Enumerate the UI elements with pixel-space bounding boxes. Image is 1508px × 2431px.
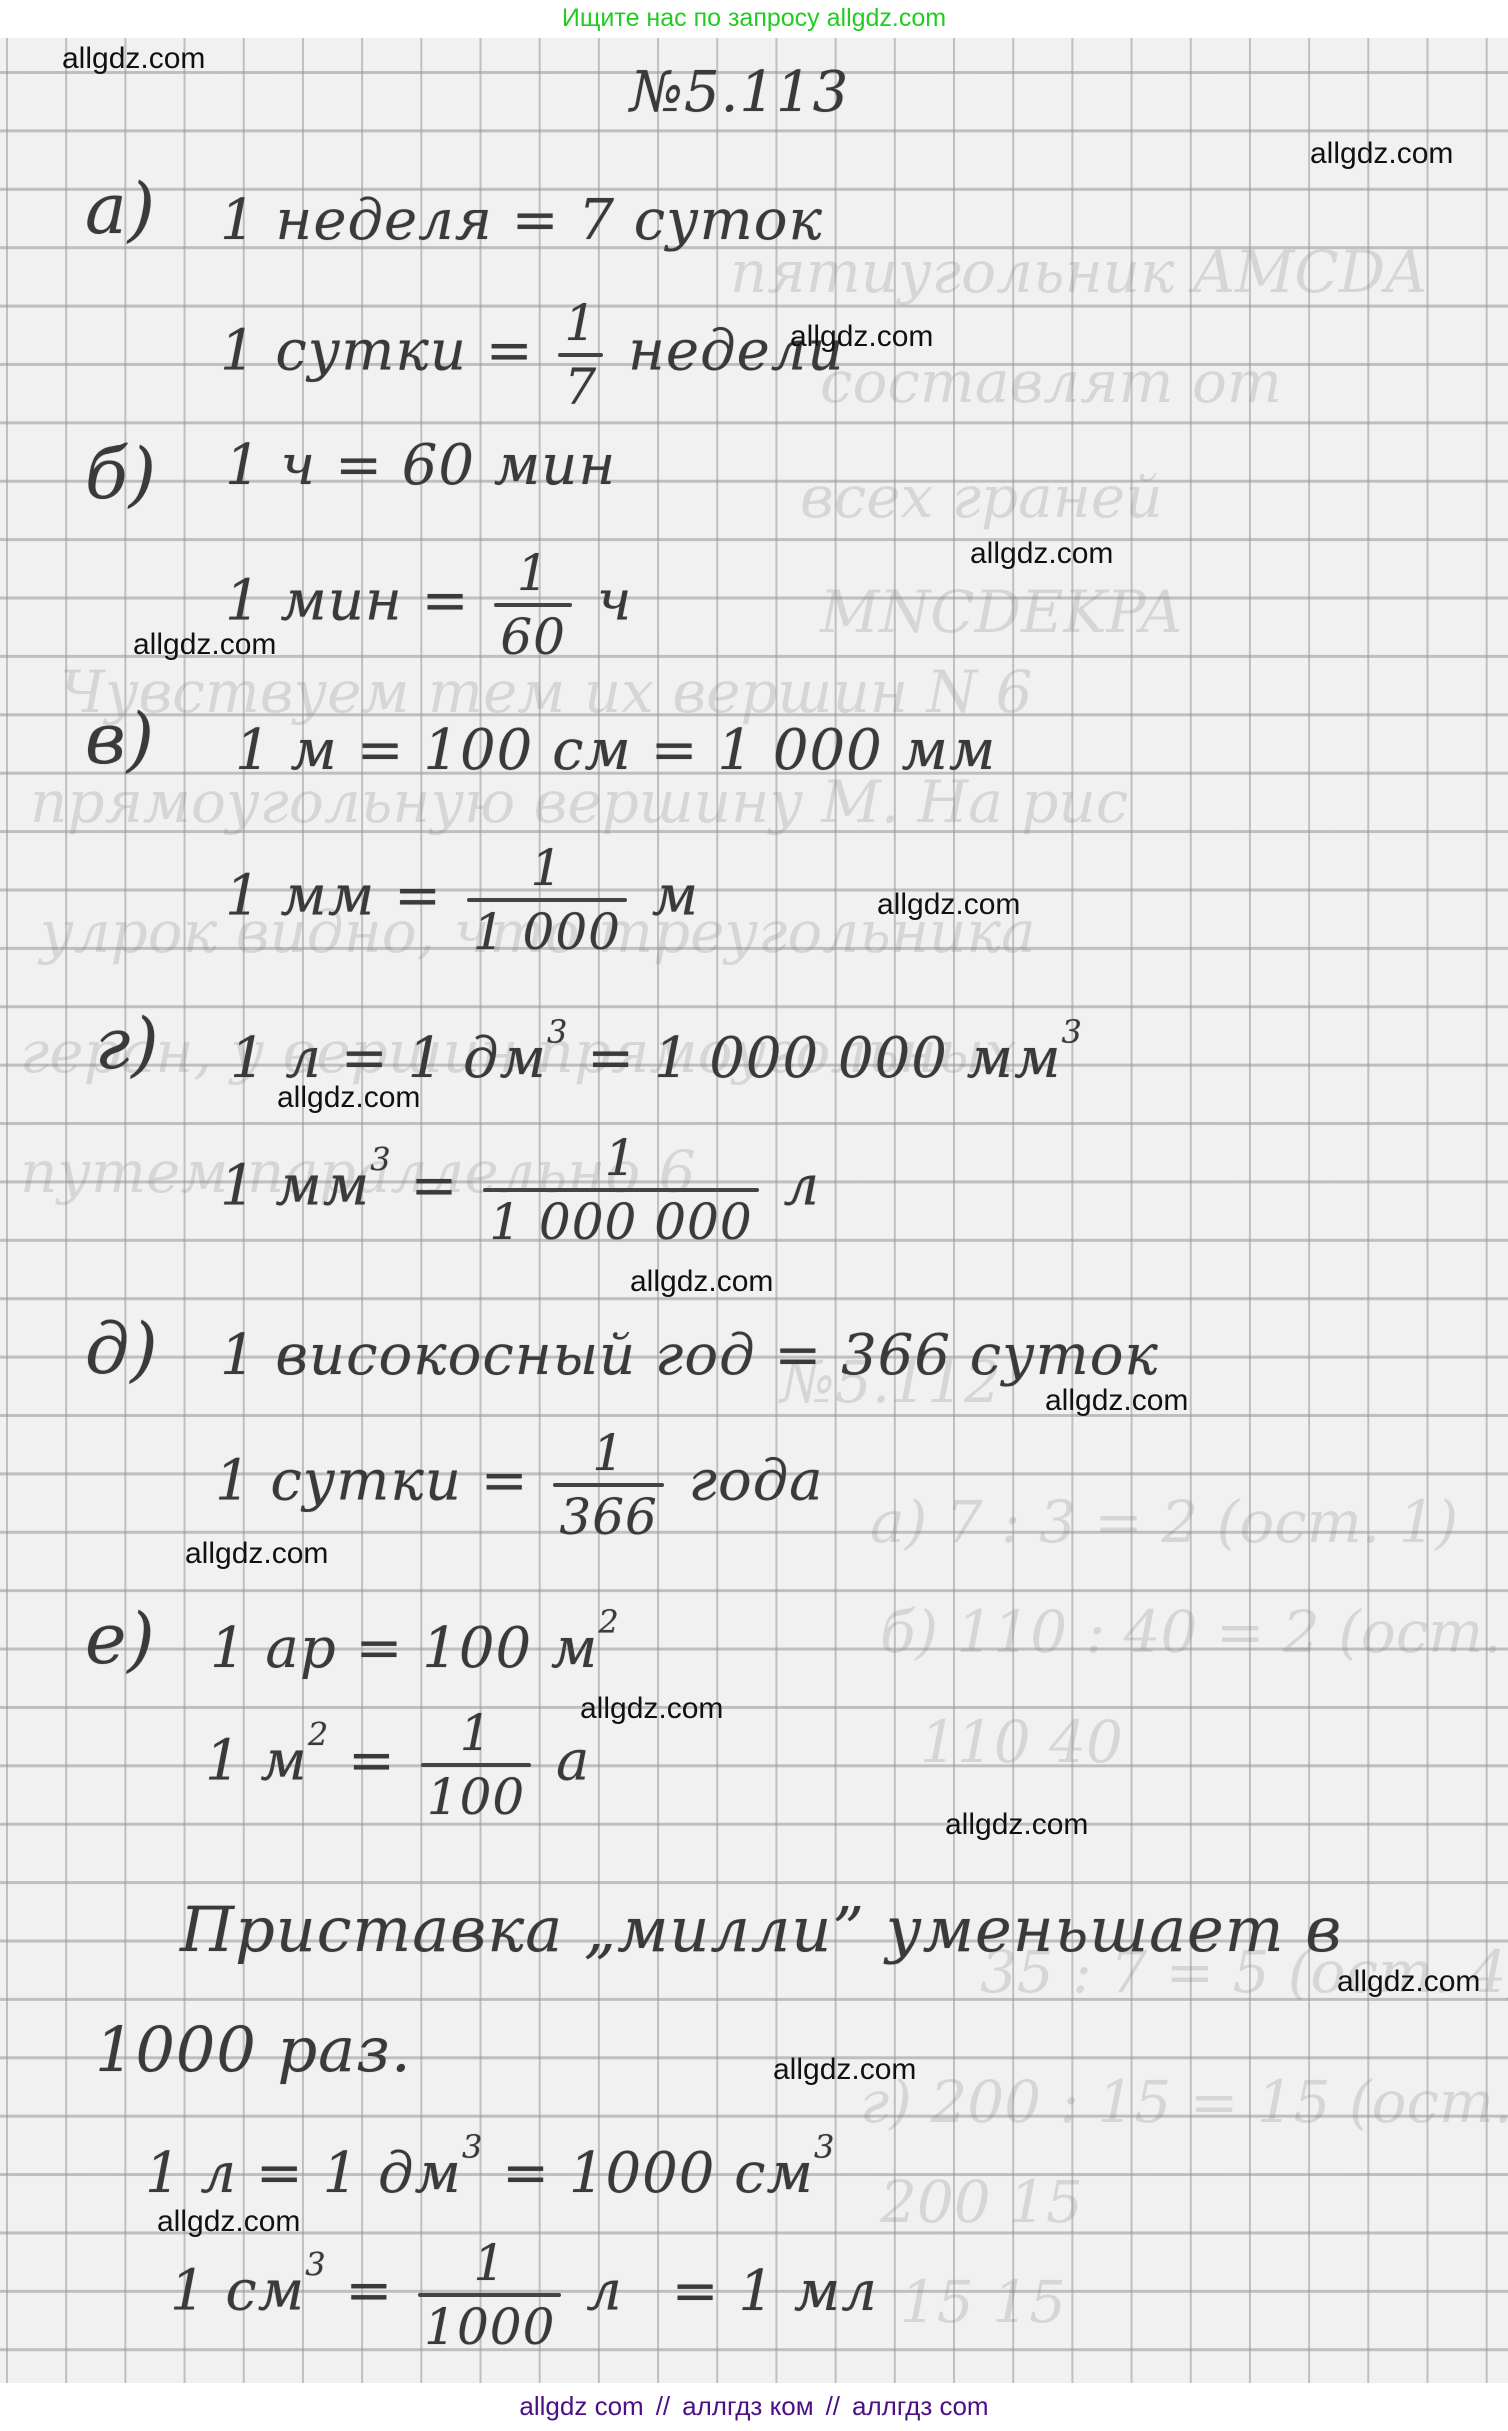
equation-a-1: 1 неделя = 7 суток [220,188,823,253]
ghost-text: б) 110 : 40 = 2 (ост. [880,1598,1502,1666]
section-label-e: е) [85,1598,156,1680]
section-label-v: в) [85,698,155,780]
watermark: allgdz.com [580,1692,723,1726]
watermark: allgdz.com [630,1265,773,1299]
ghost-text: всех граней [800,463,1163,531]
watermark: allgdz.com [133,628,276,662]
equation-v-1: 1 м = 100 см = 1 000 мм [235,718,996,783]
equation-tail: = 1 мл [672,2259,878,2324]
equation-left: 1 мм = [225,864,442,929]
fraction: 1366 [553,1423,663,1547]
equation-unit: л [586,2259,623,2324]
note-equation-2: 1 см3 = 11000 л = 1 мл [170,2233,878,2357]
watermark: allgdz.com [62,42,205,76]
bottom-banner: allgdz com//аллгдз ком//аллгдз com [0,2383,1508,2431]
fraction: 11 000 000 [483,1128,758,1252]
watermark: allgdz.com [970,537,1113,571]
equation-left: 1 сутки = [215,1449,529,1514]
note-equation-1: 1 л = 1 дм3 = 1000 см3 [145,2128,835,2206]
fraction: 160 [494,543,572,667]
ghost-text: г) 200 : 15 = 15 (ост. 5) [860,2068,1508,2136]
watermark: allgdz.com [157,2205,300,2239]
equation-a-2: 1 сутки = 17 недели [220,293,844,417]
problem-title: №5.113 [630,60,849,125]
ghost-text: составлят от [820,348,1282,416]
equation-g-1: 1 л = 1 дм3 = 1 000 000 мм3 [230,1013,1083,1091]
equation-e-2: 1 м2 = 1100 а [205,1703,590,1827]
equation-unit: а [556,1729,590,1794]
bottom-banner-item[interactable]: allgdz com [519,2391,643,2421]
watermark: allgdz.com [277,1081,420,1115]
ghost-text: Чувствуем тем их вершин N 6 [60,658,1033,726]
watermark: allgdz.com [877,888,1020,922]
section-label-b: б) [85,433,157,515]
ghost-text: 200 15 [880,2168,1083,2236]
fraction: 1100 [421,1703,531,1827]
fraction: 17 [558,293,603,417]
ghost-text: 15 15 [900,2268,1066,2336]
equation-unit: л [783,1154,820,1219]
ghost-text: 110 40 [920,1708,1123,1776]
separator: // [826,2391,840,2421]
watermark: allgdz.com [185,1537,328,1571]
top-banner: Ищите нас по запросу allgdz.com [0,0,1508,38]
watermark: allgdz.com [1337,1965,1480,1999]
ghost-text: а) 7 : 3 = 2 (ост. 1) [870,1488,1458,1556]
equation-unit: м [652,864,699,929]
watermark: allgdz.com [773,2053,916,2087]
equation-left: 1 мин = [225,569,470,634]
equation-left: 1 сутки = [220,319,534,384]
equation-v-2: 1 мм = 11 000 м [225,838,699,962]
bottom-banner-item[interactable]: аллгдз ком [682,2391,813,2421]
equation-b-1: 1 ч = 60 мин [225,433,616,498]
watermark: allgdz.com [1045,1384,1188,1418]
equation-d-1: 1 високосный год = 366 суток [220,1323,1159,1388]
note-line-1: Приставка „милли” уменьшает в [180,1893,1342,1966]
equation-e-1: 1 ар = 100 м2 [210,1603,620,1681]
section-label-d: д) [85,1308,159,1390]
equation-b-2: 1 мин = 160 ч [225,543,633,667]
ghost-text: MNCDEKPA [820,578,1182,646]
fraction: 11 000 [467,838,627,962]
equation-unit: года [689,1449,824,1514]
note-line-2: 1000 раз. [95,2013,412,2086]
equation-g-2: 1 мм3 = 11 000 000 л [220,1128,820,1252]
top-banner-text[interactable]: Ищите нас по запросу allgdz.com [562,4,946,32]
equation-unit: ч [597,569,633,634]
watermark: allgdz.com [1310,137,1453,171]
watermark: allgdz.com [945,1808,1088,1842]
separator: // [656,2391,670,2421]
bottom-banner-item[interactable]: аллгдз com [852,2391,989,2421]
watermark: allgdz.com [790,320,933,354]
fraction: 11000 [418,2233,561,2357]
equation-d-2: 1 сутки = 1366 года [215,1423,824,1547]
section-label-a: а) [85,168,156,250]
section-label-g: г) [95,1003,160,1085]
notebook-page: пятиугольник AMCDA составлят от всех гра… [0,38,1508,2383]
